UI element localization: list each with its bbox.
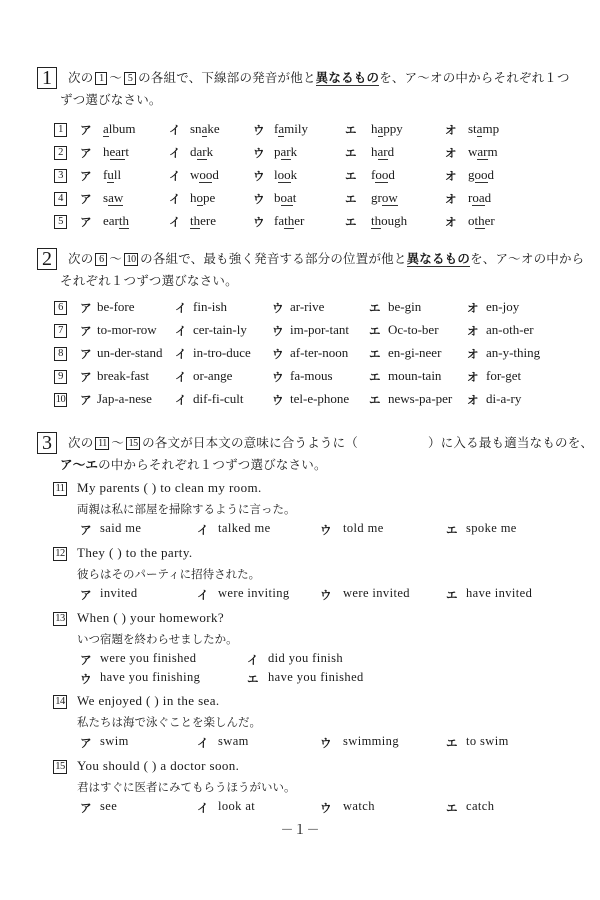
option-label: エ [345, 145, 357, 161]
option-word: en-gi-neer [388, 345, 441, 361]
option-label: イ [197, 800, 209, 816]
option-label: イ [197, 735, 209, 751]
word-part: st [468, 121, 477, 136]
word-part: h [103, 144, 110, 159]
option-label: ア [80, 323, 92, 339]
section-number-box: 3 [37, 432, 57, 454]
option-text: were you finished [100, 651, 196, 666]
option-word: hard [371, 144, 394, 160]
option-label: エ [345, 122, 357, 138]
question-number-box: 10 [124, 253, 138, 266]
option-label: ウ [320, 522, 332, 538]
option-word: news-pa-per [388, 391, 452, 407]
option-word: moun-tain [388, 368, 441, 384]
instruction-text: 次の [68, 251, 93, 266]
option-word: father [274, 213, 304, 229]
instruction-text: 〜 [111, 435, 124, 450]
option-word: family [274, 121, 308, 137]
option-word: break-fast [97, 368, 149, 384]
option-label: エ [345, 214, 357, 230]
option-word: tel-e-phone [290, 391, 349, 407]
option-label: ウ [253, 168, 265, 184]
option-label: イ [175, 323, 187, 339]
question-number-box: 15 [126, 437, 140, 450]
option-word: fin-ish [193, 299, 227, 315]
option-text: swam [218, 734, 249, 749]
underlined-part: ar [378, 144, 388, 160]
underlined-part: oo [199, 167, 212, 183]
option-text: to swim [466, 734, 509, 749]
word-part: pe [203, 190, 215, 205]
option-label: ア [80, 522, 92, 538]
option-label: ア [80, 735, 92, 751]
option-label: ア [80, 346, 92, 362]
underlined-part: th [190, 213, 200, 229]
emphasized-text: 異なるもの [316, 70, 380, 86]
underlined-part: th [284, 213, 294, 229]
word-part: d [388, 144, 395, 159]
japanese-translation: いつ宿題を終わらせましたか。 [77, 631, 238, 647]
option-word: en-joy [486, 299, 519, 315]
option-word: snake [190, 121, 220, 137]
word-part: d [388, 167, 395, 182]
question-number-box: 11 [53, 482, 67, 496]
instruction-text: ）に入る最も適当なものを、 [428, 435, 593, 450]
question-number-box: 9 [54, 370, 67, 384]
option-label: ウ [253, 214, 265, 230]
option-word: dark [190, 144, 213, 160]
underlined-part: oo [375, 167, 388, 183]
emphasized-text: 異なるもの [407, 251, 471, 267]
option-word: look [274, 167, 297, 183]
option-label: ウ [272, 300, 284, 316]
word-part: g [468, 167, 475, 182]
question-number-box: 2 [54, 146, 67, 160]
question-number-box: 1 [54, 123, 67, 137]
word-part: lbum [109, 121, 136, 136]
option-label: オ [467, 369, 479, 385]
option-text: did you finish [268, 651, 343, 666]
word-part: ll [114, 167, 121, 182]
option-word: grow [371, 190, 398, 206]
japanese-translation: 両親は私に部屋を掃除するように言った。 [77, 501, 296, 517]
option-label: ア [80, 145, 92, 161]
section-3-instruction-line2: ア〜エの中からそれぞれ１つずつ選びなさい。 [60, 455, 327, 475]
underlined-part: ar [281, 144, 291, 160]
option-text: invited [100, 586, 138, 601]
option-label: ウ [320, 587, 332, 603]
question-number-box: 11 [95, 437, 109, 450]
option-label: ア [80, 168, 92, 184]
option-word: for-get [486, 368, 521, 384]
option-label: ア [80, 652, 92, 668]
option-label: エ [369, 323, 381, 339]
option-text: have invited [466, 586, 532, 601]
option-label: ウ [320, 735, 332, 751]
option-label: ウ [253, 191, 265, 207]
underlined-part: oa [472, 190, 484, 206]
instruction-text: を、ア〜オの中から [470, 251, 584, 266]
question-sentence: They ( ) to the party. [77, 545, 193, 561]
option-word: stamp [468, 121, 499, 137]
underlined-part: aw [108, 190, 123, 206]
option-label: オ [445, 122, 457, 138]
option-label: ア [80, 191, 92, 207]
section-2-instruction: 次の6〜10の各組で、最も強く発音する部分の位置が他と異なるものを、ア〜オの中か… [68, 249, 584, 269]
option-label: ア [80, 214, 92, 230]
underlined-part: ar [197, 144, 207, 160]
option-label: ウ [272, 346, 284, 362]
word-part: o [468, 213, 475, 228]
option-text: talked me [218, 521, 271, 536]
option-label: イ [175, 346, 187, 362]
option-label: ア [80, 122, 92, 138]
option-text: have you finishing [100, 670, 200, 685]
underlined-part: ow [382, 190, 398, 206]
option-word: cer-tain-ly [193, 322, 247, 338]
japanese-translation: 君はすぐに医者にみてもらうほうがいい。 [77, 779, 296, 795]
option-label: ウ [272, 392, 284, 408]
japanese-translation: 私たちは海で泳ぐことを楽しんだ。 [77, 714, 261, 730]
option-word: ar-rive [290, 299, 324, 315]
choice-range-text: ア〜エ [60, 457, 98, 472]
option-text: told me [343, 521, 384, 536]
underlined-part: oa [281, 190, 293, 206]
instruction-text: の中からそれぞれ１つずつ選びなさい。 [98, 457, 327, 472]
word-part: h [371, 121, 378, 136]
underlined-part: oo [475, 167, 488, 183]
option-word: album [103, 121, 136, 137]
option-word: though [371, 213, 407, 229]
question-sentence: When ( ) your homework? [77, 610, 224, 626]
option-word: full [103, 167, 121, 183]
option-label: エ [369, 369, 381, 385]
option-text: catch [466, 799, 494, 814]
option-label: エ [446, 735, 458, 751]
option-label: ア [80, 800, 92, 816]
question-number-box: 1 [95, 72, 107, 85]
option-label: オ [445, 191, 457, 207]
question-sentence: My parents ( ) to clean my room. [77, 480, 262, 496]
option-word: boat [274, 190, 296, 206]
option-word: food [371, 167, 395, 183]
option-word: af-ter-noon [290, 345, 348, 361]
option-text: were invited [343, 586, 410, 601]
option-text: swim [100, 734, 129, 749]
option-word: be-gin [388, 299, 421, 315]
question-number-box: 4 [54, 192, 67, 206]
question-sentence: We enjoyed ( ) in the sea. [77, 693, 220, 709]
option-text: look at [218, 799, 255, 814]
option-word: an-y-thing [486, 345, 540, 361]
option-word: dif-fi-cult [193, 391, 244, 407]
option-text: spoke me [466, 521, 517, 536]
option-word: earth [103, 213, 129, 229]
option-label: イ [175, 300, 187, 316]
word-part: w [190, 167, 199, 182]
word-part: ppy [383, 121, 403, 136]
instruction-text: の各組で、下線部の発音が他と [138, 70, 316, 85]
section-number-box: 1 [37, 67, 57, 89]
option-word: wood [190, 167, 219, 183]
option-word: in-tro-duce [193, 345, 251, 361]
option-word: other [468, 213, 495, 229]
option-word: good [468, 167, 494, 183]
option-label: ア [80, 369, 92, 385]
section-1-instruction-line2: ずつ選びなさい。 [60, 90, 162, 110]
option-label: イ [169, 168, 181, 184]
instruction-text: 次の [68, 70, 93, 85]
question-number-box: 5 [54, 215, 67, 229]
option-label: エ [446, 522, 458, 538]
option-text: swimming [343, 734, 399, 749]
word-part: t [293, 190, 297, 205]
option-word: road [468, 190, 491, 206]
option-word: an-oth-er [486, 322, 534, 338]
word-part: k [291, 167, 298, 182]
word-part: m [488, 144, 498, 159]
word-part: sn [190, 121, 202, 136]
question-number-box: 6 [54, 301, 67, 315]
word-part: mily [284, 121, 308, 136]
option-text: watch [343, 799, 375, 814]
option-label: ア [80, 300, 92, 316]
option-word: be-fore [97, 299, 135, 315]
word-part: fa [274, 213, 284, 228]
option-label: イ [247, 652, 259, 668]
underlined-part: oo [278, 167, 291, 183]
instruction-text: を、ア〜オの中からそれぞれ１つ [379, 70, 570, 85]
option-label: イ [197, 587, 209, 603]
option-label: ウ [80, 671, 92, 687]
option-word: saw [103, 190, 123, 206]
option-label: オ [445, 214, 457, 230]
question-number-box: 8 [54, 347, 67, 361]
option-label: エ [446, 587, 458, 603]
option-label: イ [197, 522, 209, 538]
option-label: イ [169, 191, 181, 207]
option-label: エ [247, 671, 259, 687]
word-part: k [291, 144, 298, 159]
option-word: Jap-a-nese [97, 391, 152, 407]
question-number-box: 7 [54, 324, 67, 338]
option-label: イ [169, 214, 181, 230]
word-part: w [468, 144, 477, 159]
option-word: Oc-to-ber [388, 322, 439, 338]
option-label: ア [80, 587, 92, 603]
question-number-box: 12 [53, 547, 67, 561]
word-part: h [190, 190, 197, 205]
underlined-part: ear [110, 144, 126, 160]
option-label: ウ [253, 122, 265, 138]
word-part: ere [200, 213, 216, 228]
option-label: エ [369, 346, 381, 362]
option-label: イ [175, 392, 187, 408]
word-part: er [485, 213, 495, 228]
option-word: heart [103, 144, 129, 160]
instruction-text: の各文が日本文の意味に合うように（ [142, 435, 358, 450]
option-text: said me [100, 521, 141, 536]
word-part: ear [103, 213, 119, 228]
option-text: have you finished [268, 670, 364, 685]
option-word: un-der-stand [97, 345, 162, 361]
question-sentence: You should ( ) a doctor soon. [77, 758, 239, 774]
option-label: ウ [320, 800, 332, 816]
option-label: オ [467, 300, 479, 316]
option-label: オ [467, 346, 479, 362]
option-label: オ [467, 392, 479, 408]
option-word: warm [468, 144, 498, 160]
option-text: were inviting [218, 586, 290, 601]
word-part: er [294, 213, 304, 228]
word-part: mp [482, 121, 499, 136]
option-label: エ [369, 392, 381, 408]
option-label: エ [345, 168, 357, 184]
option-label: イ [175, 369, 187, 385]
option-word: happy [371, 121, 403, 137]
instruction-text: 〜 [109, 251, 122, 266]
option-label: オ [467, 323, 479, 339]
option-word: fa-mous [290, 368, 333, 384]
option-label: オ [445, 145, 457, 161]
question-number-box: 10 [54, 393, 67, 407]
question-number-box: 6 [95, 253, 107, 266]
word-part: d [190, 144, 197, 159]
option-label: エ [369, 300, 381, 316]
option-label: ウ [272, 323, 284, 339]
question-number-box: 15 [53, 760, 67, 774]
option-label: オ [445, 168, 457, 184]
exam-page: 1 次の1〜5の各組で、下線部の発音が他と異なるものを、ア〜オの中からそれぞれ１… [0, 0, 600, 900]
option-label: ア [80, 392, 92, 408]
option-word: or-ange [193, 368, 232, 384]
word-part: ough [381, 213, 407, 228]
word-part: p [274, 144, 281, 159]
section-1-instruction: 次の1〜5の各組で、下線部の発音が他と異なるものを、ア〜オの中からそれぞれ１つ [68, 68, 570, 88]
question-number-box: 5 [124, 72, 136, 85]
word-part: k [207, 144, 214, 159]
option-word: park [274, 144, 297, 160]
instruction-text: の各組で、最も強く発音する部分の位置が他と [140, 251, 406, 266]
underlined-part: ar [477, 144, 487, 160]
section-3-instruction: 次の11〜15の各文が日本文の意味に合うように（ ）に入る最も適当なものを、 [68, 433, 593, 453]
option-word: im-por-tant [290, 322, 349, 338]
word-part: b [274, 190, 281, 205]
section-2-instruction-line2: それぞれ１つずつ選びなさい。 [60, 271, 238, 291]
word-part: t [125, 144, 129, 159]
blank-space [358, 433, 428, 453]
option-text: see [100, 799, 117, 814]
word-part: gr [371, 190, 382, 205]
word-part: h [371, 144, 378, 159]
option-label: エ [345, 191, 357, 207]
underlined-part: th [371, 213, 381, 229]
question-number-box: 13 [53, 612, 67, 626]
option-word: di-a-ry [486, 391, 521, 407]
section-number-box: 2 [37, 248, 57, 270]
question-number-box: 3 [54, 169, 67, 183]
word-part: ke [207, 121, 219, 136]
word-part: d [212, 167, 219, 182]
option-label: イ [169, 145, 181, 161]
option-word: there [190, 213, 216, 229]
word-part: d [485, 190, 492, 205]
option-word: hope [190, 190, 215, 206]
underlined-part: th [475, 213, 485, 229]
underlined-part: th [119, 213, 129, 229]
option-word: to-mor-row [97, 322, 157, 338]
option-label: ウ [253, 145, 265, 161]
option-label: イ [169, 122, 181, 138]
page-number: －１－ [0, 819, 600, 838]
instruction-text: 次の [68, 435, 93, 450]
question-number-box: 14 [53, 695, 67, 709]
option-label: ウ [272, 369, 284, 385]
word-part: d [488, 167, 495, 182]
option-label: エ [446, 800, 458, 816]
japanese-translation: 彼らはそのパーティに招待された。 [77, 566, 260, 582]
instruction-text: 〜 [109, 70, 122, 85]
